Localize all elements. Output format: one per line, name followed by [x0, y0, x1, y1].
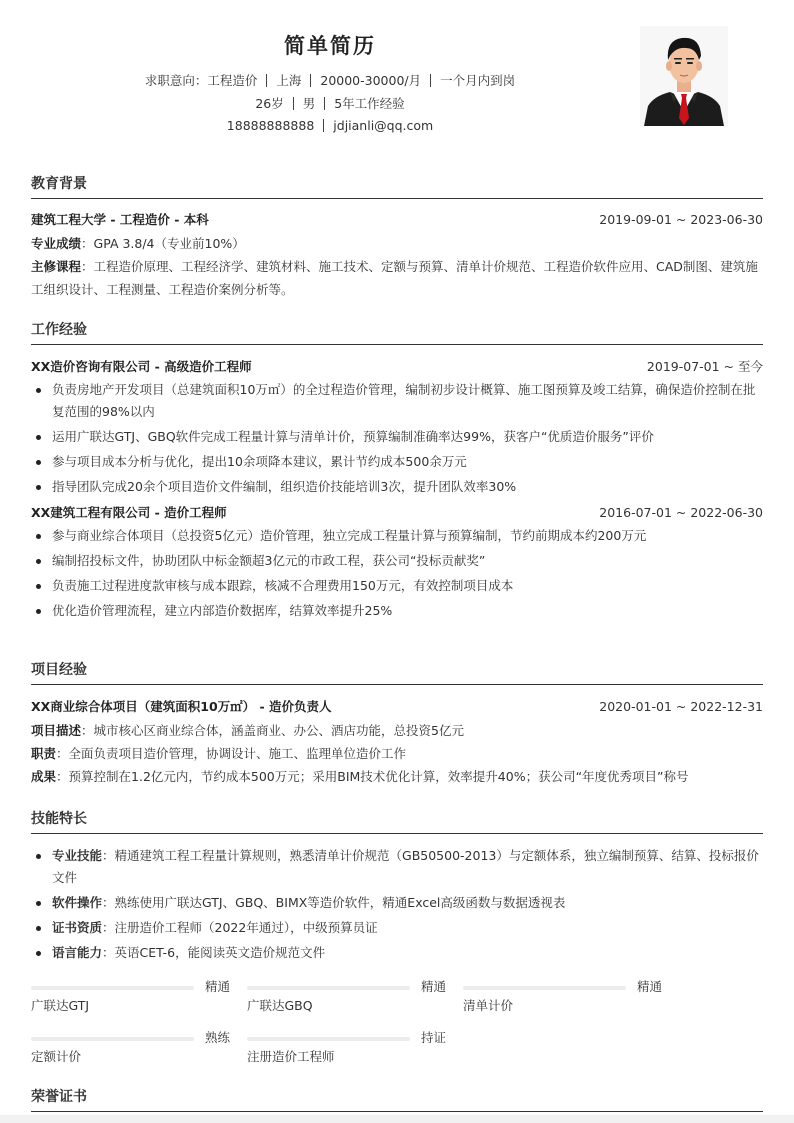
job-bullets: 负责房地产开发项目（总建筑面积10万㎡）的全过程造价管理，编制初步设计概算、施工…: [31, 379, 763, 498]
section-divider: [31, 1111, 763, 1112]
gpa-value: ：GPA 3.8/4（专业前10%）: [81, 236, 245, 251]
job-intent: 求职意向：工程造价: [145, 73, 258, 88]
avatar-portrait-icon: [640, 26, 728, 126]
city: 上海: [276, 73, 301, 88]
section-divider: [31, 198, 763, 199]
gpa-label: 专业成绩: [31, 236, 81, 251]
project-duty-value: ：全面负责项目造价管理，协调设计、施工、监理单位造价工作: [56, 746, 406, 761]
job-intent-line: 求职意向：工程造价上海20000-30000/月一个月内到岗: [0, 71, 660, 89]
list-item: 运用广联达GTJ、GBQ软件完成工程量计算与清单计价，预算编制准确率达99%，获…: [31, 426, 763, 448]
resume-header: 简单简历 求职意向：工程造价上海20000-30000/月一个月内到岗 26岁男…: [0, 0, 794, 160]
skill-level-text: 精通: [637, 977, 662, 997]
section-title: 工作经验: [31, 319, 763, 341]
divider: [266, 74, 267, 87]
skill-name: 清单计价: [463, 996, 513, 1016]
skill-level-text: 精通: [205, 977, 230, 997]
courses-line: 主修课程：工程造价原理、工程经济学、建筑材料、施工技术、定额与预算、清单计价规范…: [31, 255, 763, 301]
job-date: 2016-07-01 ~ 2022-06-30: [599, 502, 763, 523]
skills-bullets: 专业技能：精通建筑工程工程量计算规则，熟悉清单计价规范（GB50500-2013…: [31, 845, 763, 964]
skill-level-text: 精通: [421, 977, 446, 997]
salary: 20000-30000/月: [320, 73, 421, 88]
job-heading: XX造价咨询有限公司 - 高级造价工程师: [31, 359, 252, 374]
section-title: 技能特长: [31, 808, 763, 830]
email: jdjianli@qq.com: [333, 118, 433, 133]
education-date: 2019-09-01 ~ 2023-06-30: [599, 209, 763, 230]
page-edge: [0, 1115, 794, 1123]
divider: [323, 119, 324, 132]
section-divider: [31, 344, 763, 345]
skill-level-item: 精通 清单计价: [463, 977, 663, 1017]
skill-name: 定额计价: [31, 1047, 81, 1067]
skill-value: ：注册造价工程师（2022年通过），中级预算员证: [102, 920, 378, 935]
job-header: XX造价咨询有限公司 - 高级造价工程师 2019-07-01 ~ 至今: [31, 356, 763, 377]
project-result-value: ：预算控制在1.2亿元内，节约成本500万元；采用BIM技术优化计算，效率提升4…: [56, 769, 689, 784]
courses-value: ：工程造价原理、工程经济学、建筑材料、施工技术、定额与预算、清单计价规范、工程造…: [31, 259, 758, 297]
skill-level-bar: [247, 1037, 410, 1041]
job-date: 2019-07-01 ~ 至今: [647, 356, 763, 377]
skill-level-bar: [463, 986, 626, 990]
avatar: [640, 26, 728, 126]
skill-level-item: 持证 注册造价工程师: [247, 1028, 447, 1068]
skill-label: 软件操作: [52, 895, 102, 910]
skill-level-text: 熟练: [205, 1028, 230, 1048]
section-title: 项目经验: [31, 659, 763, 681]
personal-info-line: 26岁男5年工作经验: [0, 94, 660, 112]
skill-name: 广联达GBQ: [247, 996, 313, 1016]
education-entry-header: 建筑工程大学 - 工程造价 - 本科 2019-09-01 ~ 2023-06-…: [31, 209, 763, 230]
skill-level-bar: [247, 986, 410, 990]
gender: 男: [303, 96, 316, 111]
skill-name: 广联达GTJ: [31, 996, 89, 1016]
skill-label: 证书资质: [52, 920, 102, 935]
skill-value: ：精通建筑工程工程量计算规则，熟悉清单计价规范（GB50500-2013）与定额…: [52, 848, 759, 885]
job-heading: XX建筑工程有限公司 - 造价工程师: [31, 505, 227, 520]
project-result-label: 成果: [31, 769, 56, 784]
list-item: 负责施工过程进度款审核与成本跟踪，核减不合理费用150万元，有效控制项目成本: [31, 575, 763, 597]
skill-level-bar: [31, 1037, 194, 1041]
honors-section: 荣誉证书: [31, 1086, 763, 1112]
list-item: 参与商业综合体项目（总投资5亿元）造价管理，独立完成工程量计算与预算编制，节约前…: [31, 525, 763, 547]
list-item: 语言能力：英语CET-6，能阅读英文造价规范文件: [31, 942, 763, 964]
divider: [324, 97, 325, 110]
age: 26岁: [255, 96, 283, 111]
skill-value: ：英语CET-6，能阅读英文造价规范文件: [102, 945, 325, 960]
list-item: 证书资质：注册造价工程师（2022年通过），中级预算员证: [31, 917, 763, 939]
project-result-line: 成果：预算控制在1.2亿元内，节约成本500万元；采用BIM技术优化计算，效率提…: [31, 765, 763, 788]
skills-section: 技能特长 专业技能：精通建筑工程工程量计算规则，熟悉清单计价规范（GB50500…: [31, 808, 763, 967]
project-date: 2020-01-01 ~ 2022-12-31: [599, 696, 763, 717]
list-item: 编制招投标文件，协助团队中标金额超3亿元的市政工程，获公司“投标贡献奖”: [31, 550, 763, 572]
skill-label: 专业技能: [52, 848, 102, 863]
section-divider: [31, 684, 763, 685]
resume-title: 简单简历: [0, 30, 660, 60]
skill-level-item: 精通 广联达GTJ: [31, 977, 231, 1017]
skill-level-text: 持证: [421, 1028, 446, 1048]
divider: [430, 74, 431, 87]
gpa-line: 专业成绩：GPA 3.8/4（专业前10%）: [31, 232, 763, 255]
skill-level-item: 精通 广联达GBQ: [247, 977, 447, 1017]
section-title: 教育背景: [31, 173, 763, 195]
work-section: 工作经验 XX造价咨询有限公司 - 高级造价工程师 2019-07-01 ~ 至…: [31, 319, 763, 625]
project-duty-line: 职责：全面负责项目造价管理，协调设计、施工、监理单位造价工作: [31, 742, 763, 765]
projects-section: 项目经验 XX商业综合体项目（建筑面积10万㎡） - 造价负责人 2020-01…: [31, 659, 763, 788]
education-section: 教育背景 建筑工程大学 - 工程造价 - 本科 2019-09-01 ~ 202…: [31, 173, 763, 301]
skill-value: ：熟练使用广联达GTJ、GBQ、BIMX等造价软件，精通Excel高级函数与数据…: [102, 895, 565, 910]
divider: [293, 97, 294, 110]
skill-level-bar: [31, 986, 194, 990]
availability: 一个月内到岗: [440, 73, 515, 88]
experience-years: 5年工作经验: [334, 96, 404, 111]
list-item: 参与项目成本分析与优化，提出10余项降本建议，累计节约成本500余万元: [31, 451, 763, 473]
list-item: 负责房地产开发项目（总建筑面积10万㎡）的全过程造价管理，编制初步设计概算、施工…: [31, 379, 763, 423]
list-item: 优化造价管理流程，建立内部造价数据库，结算效率提升25%: [31, 600, 763, 622]
project-desc-value: ：城市核心区商业综合体，涵盖商业、办公、酒店功能，总投资5亿元: [81, 723, 464, 738]
project-heading: XX商业综合体项目（建筑面积10万㎡） - 造价负责人: [31, 699, 332, 714]
job-header: XX建筑工程有限公司 - 造价工程师 2016-07-01 ~ 2022-06-…: [31, 502, 763, 523]
project-header: XX商业综合体项目（建筑面积10万㎡） - 造价负责人 2020-01-01 ~…: [31, 696, 763, 717]
skill-name: 注册造价工程师: [247, 1047, 335, 1067]
section-divider: [31, 833, 763, 834]
phone: 18888888888: [227, 118, 314, 133]
contact-line: 18888888888jdjianli@qq.com: [0, 118, 660, 133]
section-title: 荣誉证书: [31, 1086, 763, 1108]
education-heading: 建筑工程大学 - 工程造价 - 本科: [31, 212, 209, 227]
list-item: 指导团队完成20余个项目造价文件编制，组织造价技能培训3次，提升团队效率30%: [31, 476, 763, 498]
skill-level-item: 熟练 定额计价: [31, 1028, 231, 1068]
list-item: 专业技能：精通建筑工程工程量计算规则，熟悉清单计价规范（GB50500-2013…: [31, 845, 763, 889]
skill-label: 语言能力: [52, 945, 102, 960]
project-desc-label: 项目描述: [31, 723, 81, 738]
project-desc-line: 项目描述：城市核心区商业综合体，涵盖商业、办公、酒店功能，总投资5亿元: [31, 719, 763, 742]
list-item: 软件操作：熟练使用广联达GTJ、GBQ、BIMX等造价软件，精通Excel高级函…: [31, 892, 763, 914]
project-duty-label: 职责: [31, 746, 56, 761]
job-bullets: 参与商业综合体项目（总投资5亿元）造价管理，独立完成工程量计算与预算编制，节约前…: [31, 525, 763, 622]
courses-label: 主修课程: [31, 259, 81, 274]
divider: [310, 74, 311, 87]
